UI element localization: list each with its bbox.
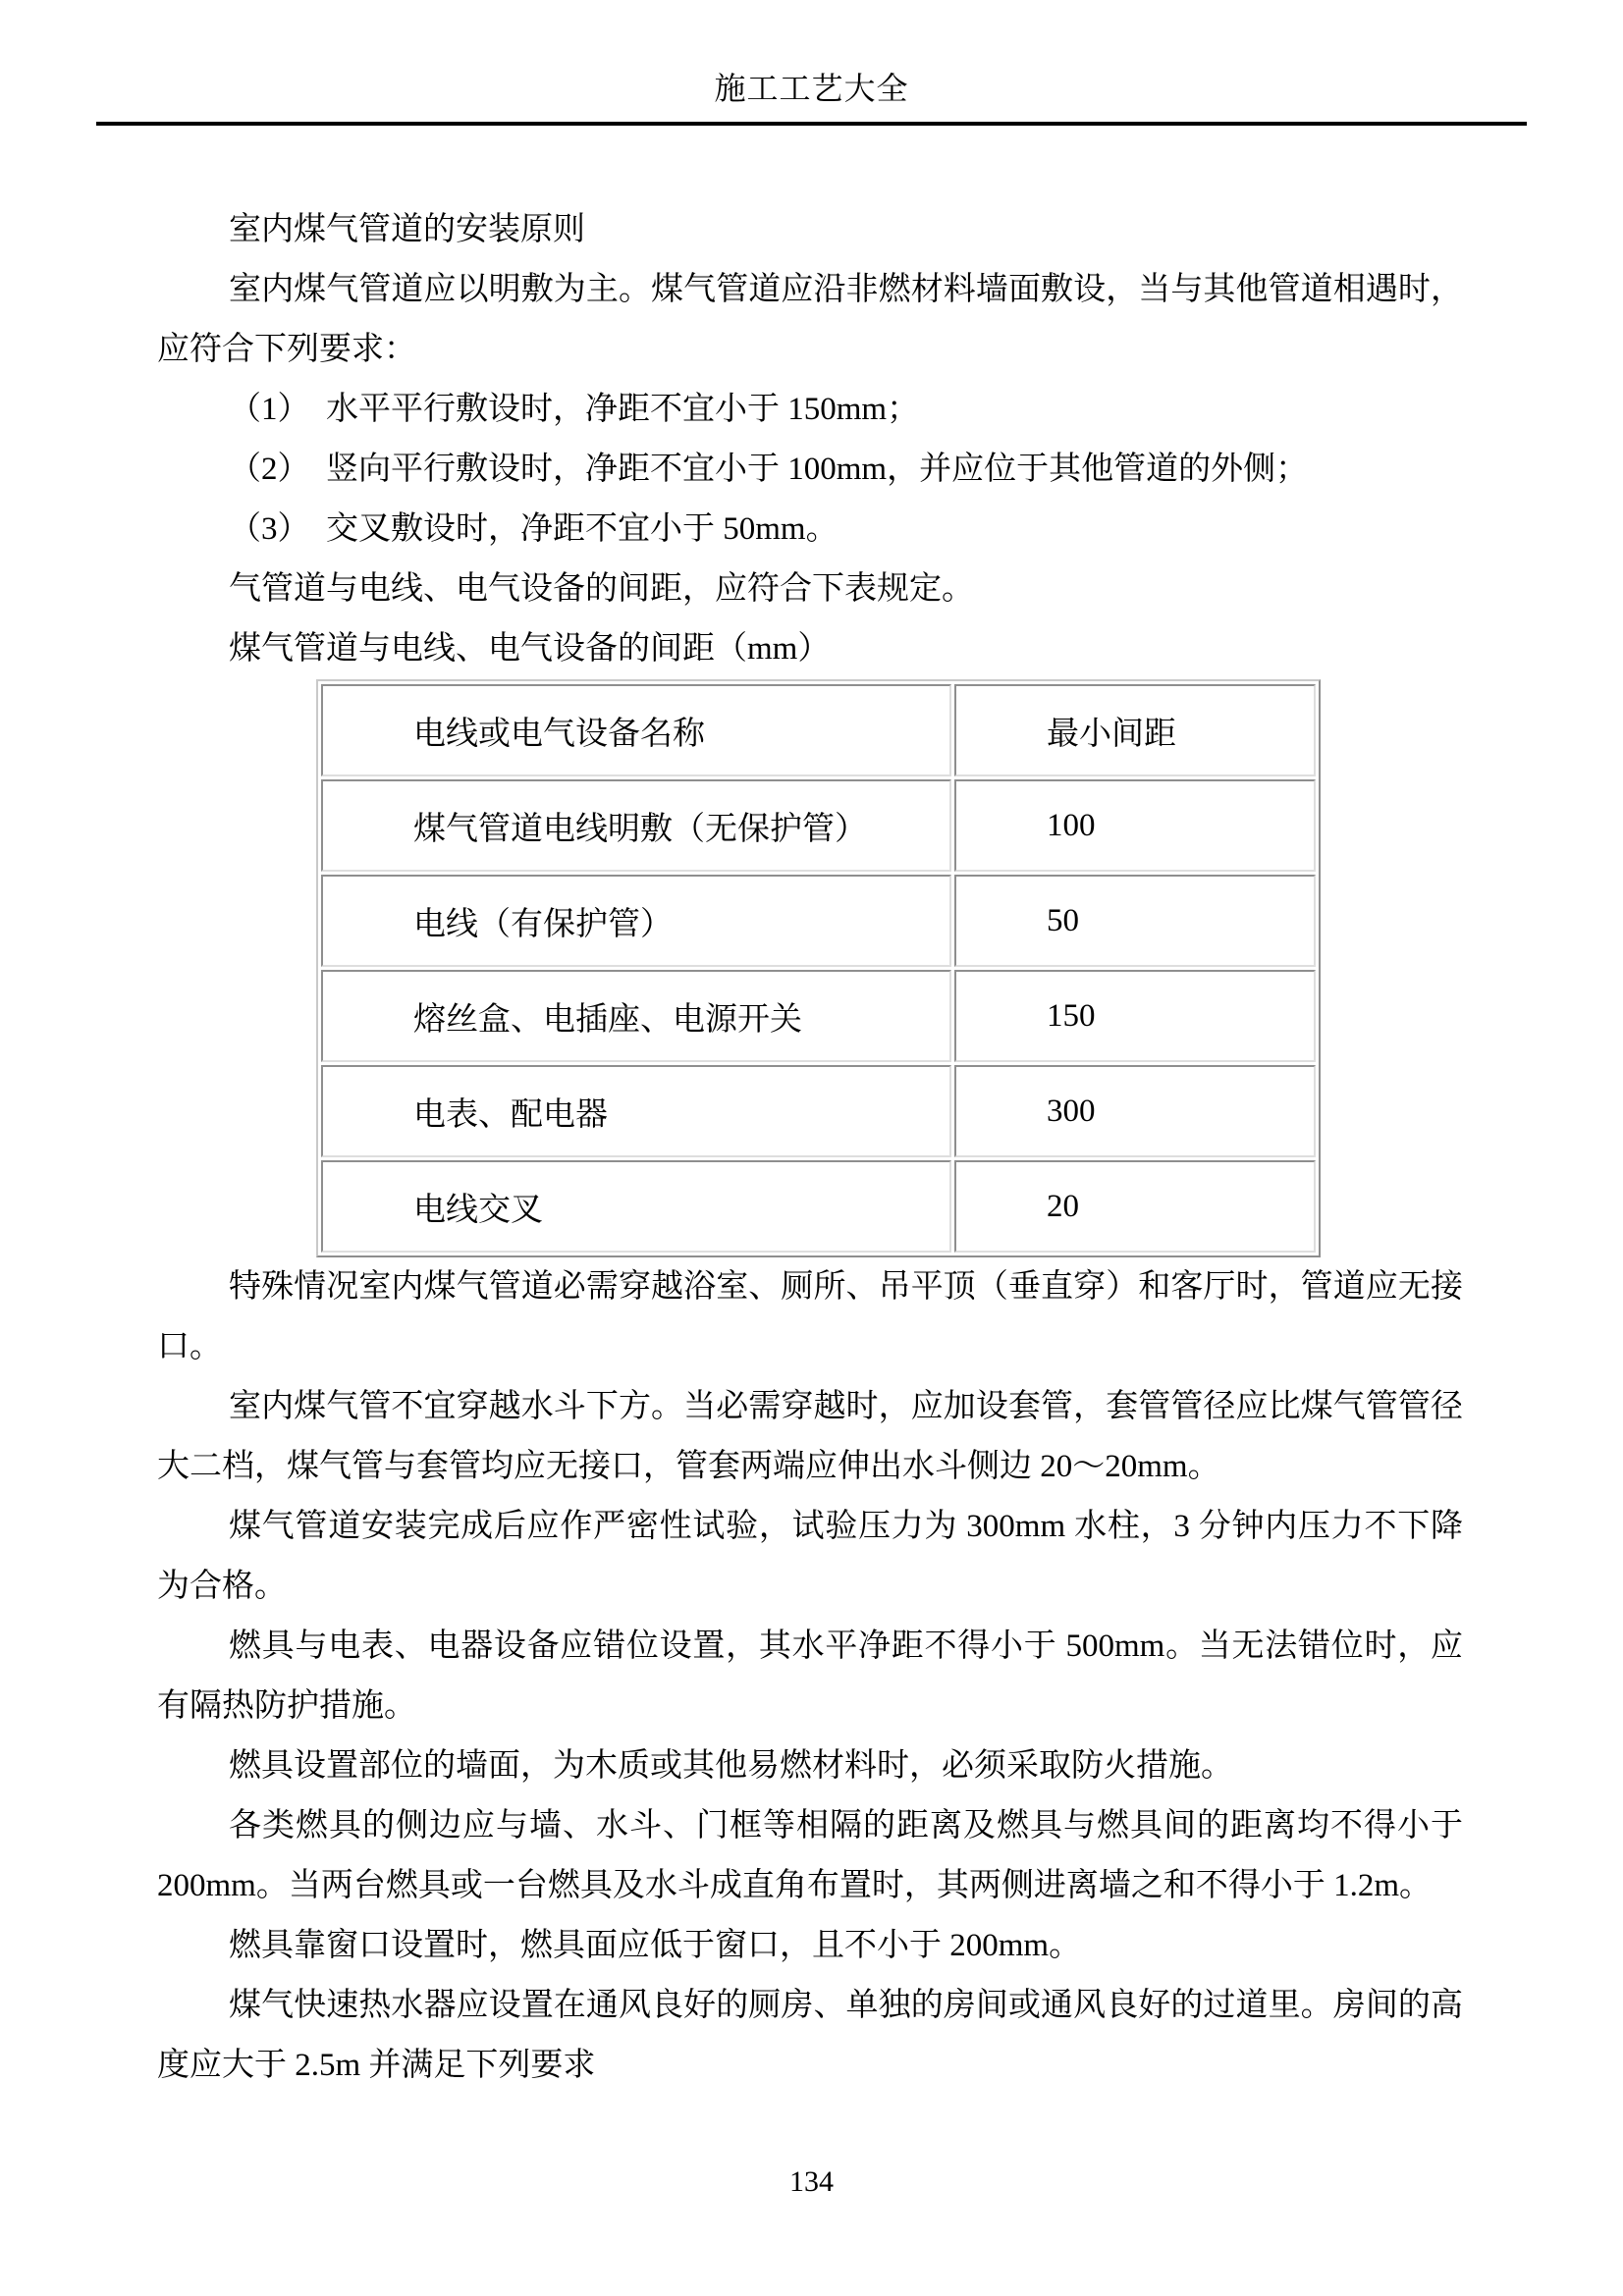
table-cell-value: 150 [954, 970, 1316, 1062]
table-cell-value: 50 [954, 875, 1316, 967]
table-cell-name: 熔丝盒、电插座、电源开关 [321, 970, 951, 1062]
paragraph: 特殊情况室内煤气管道必需穿越浴室、厕所、吊平顶（垂直穿）和客厅时，管道应无接口。 [157, 1257, 1463, 1377]
table-row: 电表、配电器 300 [321, 1065, 1316, 1157]
document-body: 室内煤气管道的安装原则 室内煤气管道应以明敷为主。煤气管道应沿非燃材料墙面敷设，… [157, 200, 1463, 2096]
column-header-value: 最小间距 [954, 684, 1316, 776]
table-row: 电线（有保护管） 50 [321, 875, 1316, 967]
document-title: 施工工艺大全 [0, 71, 1623, 106]
list-item-1: （1） 水平平行敷设时，净距不宜小于 150mm； [157, 380, 1463, 440]
column-header-name: 电线或电气设备名称 [321, 684, 951, 776]
section-heading: 室内煤气管道的安装原则 [157, 200, 1463, 260]
table-cell-name: 电线交叉 [321, 1160, 951, 1253]
list-item-2: （2） 竖向平行敷设时，净距不宜小于 100mm，并应位于其他管道的外侧； [157, 440, 1463, 500]
paragraph: 燃具设置部位的墙面，为木质或其他易燃材料时，必须采取防火措施。 [157, 1736, 1463, 1796]
table-cell-value: 100 [954, 779, 1316, 872]
table-cell-value: 20 [954, 1160, 1316, 1253]
clearance-table: 电线或电气设备名称 最小间距 煤气管道电线明敷（无保护管） 100 电线（有保护… [316, 679, 1321, 1257]
page-number: 134 [789, 2165, 834, 2198]
table-cell-name: 煤气管道电线明敷（无保护管） [321, 779, 951, 872]
table-row: 熔丝盒、电插座、电源开关 150 [321, 970, 1316, 1062]
paragraph: 煤气管道安装完成后应作严密性试验，试验压力为 300mm 水柱，3 分钟内压力不… [157, 1497, 1463, 1617]
paragraph: 燃具靠窗口设置时，燃具面应低于窗口，且不小于 200mm。 [157, 1916, 1463, 1976]
table-caption: 煤气管道与电线、电气设备的间距（mm） [157, 619, 1463, 679]
table-row: 电线交叉 20 [321, 1160, 1316, 1253]
document-page: 施工工艺大全 室内煤气管道的安装原则 室内煤气管道应以明敷为主。煤气管道应沿非燃… [0, 0, 1623, 2296]
paragraph: 煤气快速热水器应设置在通风良好的厕房、单独的房间或通风良好的过道里。房间的高度应… [157, 1976, 1463, 2096]
header-divider-rule [96, 122, 1527, 126]
table-header-row: 电线或电气设备名称 最小间距 [321, 684, 1316, 776]
paragraph: 气管道与电线、电气设备的间距，应符合下表规定。 [157, 560, 1463, 619]
paragraph: 室内煤气管道应以明敷为主。煤气管道应沿非燃材料墙面敷设，当与其他管道相遇时，应符… [157, 260, 1463, 380]
page-header: 施工工艺大全 [0, 0, 1623, 126]
table-cell-name: 电线（有保护管） [321, 875, 951, 967]
paragraph: 各类燃具的侧边应与墙、水斗、门框等相隔的距离及燃具与燃具间的距离均不得小于 20… [157, 1796, 1463, 1916]
page-footer: 134 [0, 2164, 1623, 2200]
paragraph: 燃具与电表、电器设备应错位设置，其水平净距不得小于 500mm。当无法错位时，应… [157, 1617, 1463, 1736]
paragraph: 室内煤气管不宜穿越水斗下方。当必需穿越时，应加设套管，套管管径应比煤气管管径大二… [157, 1377, 1463, 1497]
table-cell-name: 电表、配电器 [321, 1065, 951, 1157]
table-cell-value: 300 [954, 1065, 1316, 1157]
list-item-3: （3） 交叉敷设时，净距不宜小于 50mm。 [157, 500, 1463, 560]
table-row: 煤气管道电线明敷（无保护管） 100 [321, 779, 1316, 872]
